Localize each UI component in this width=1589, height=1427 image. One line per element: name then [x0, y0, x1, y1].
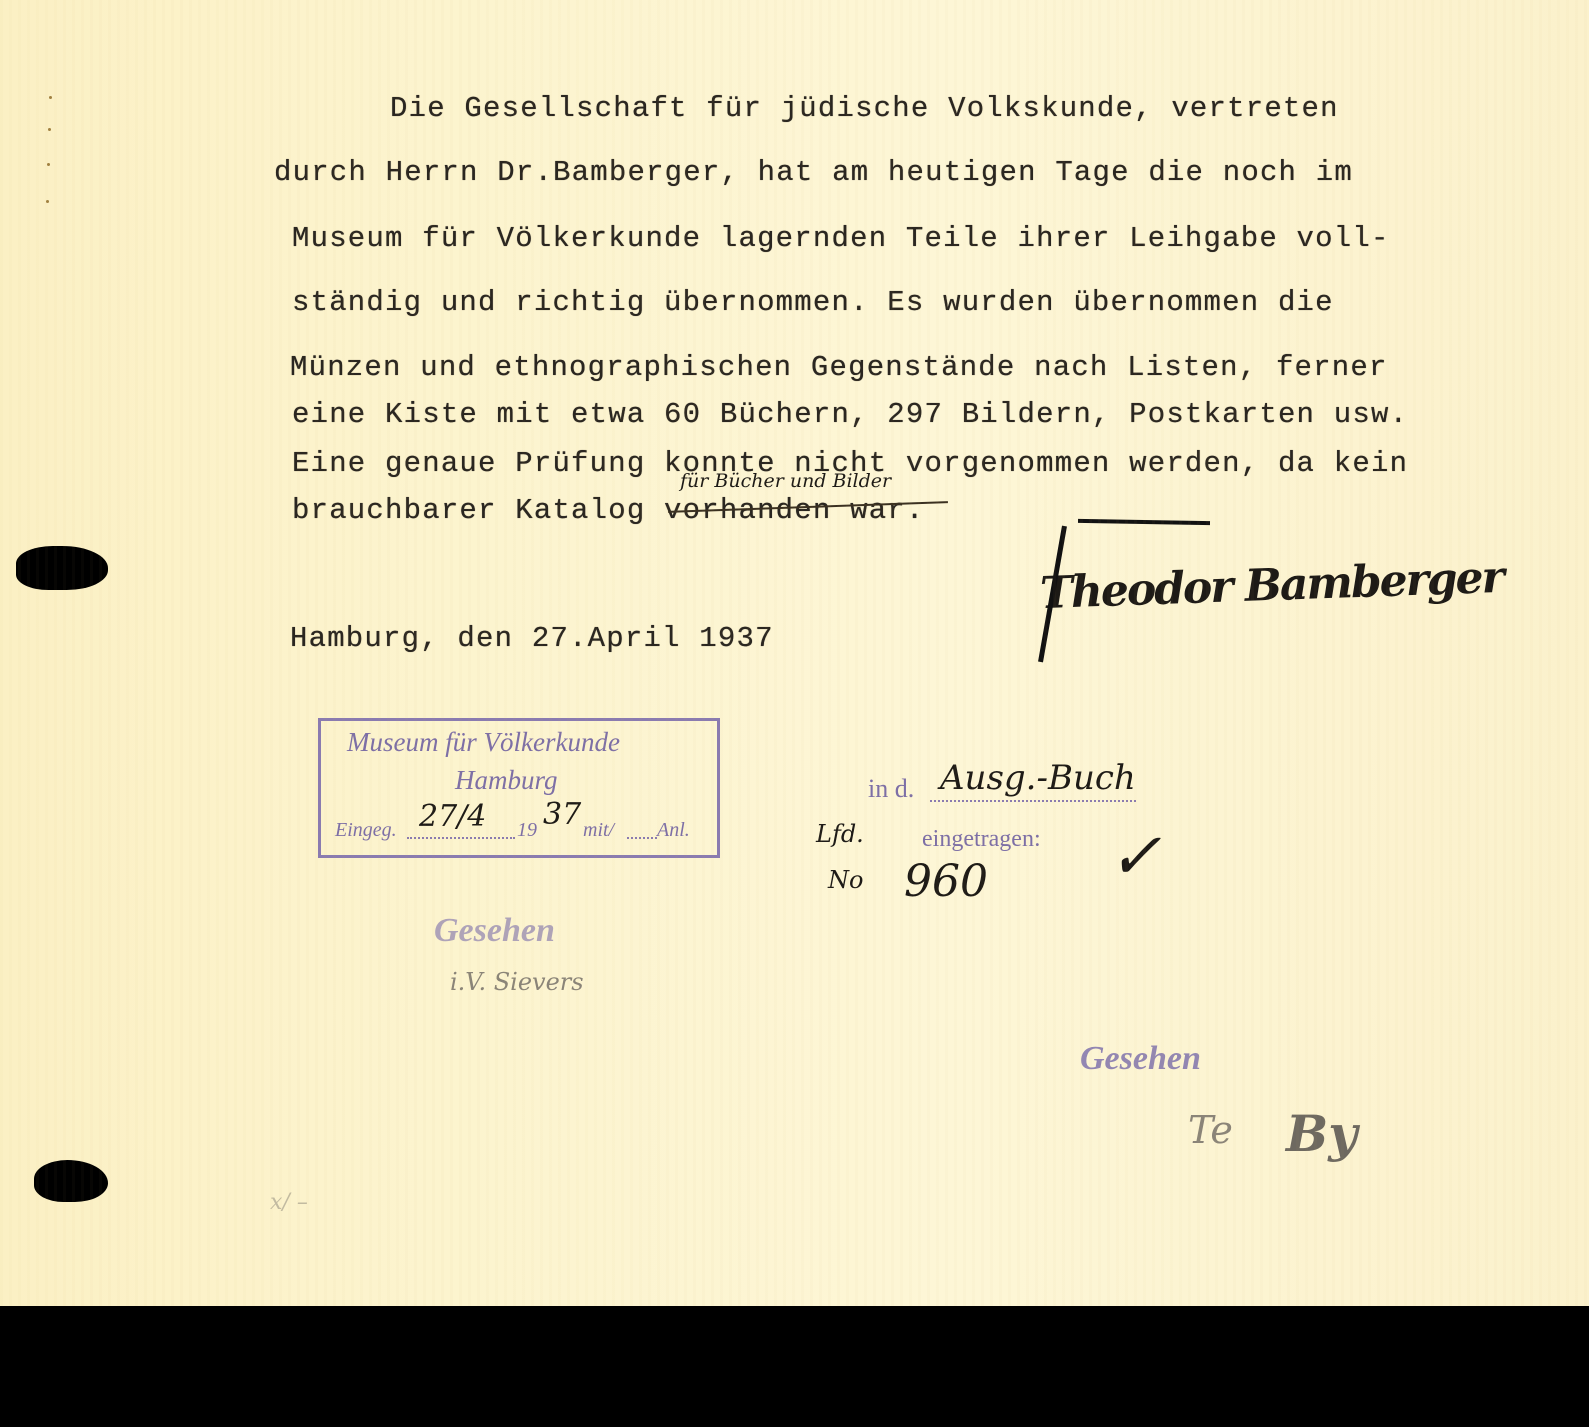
register-in-dots [930, 800, 1136, 802]
body-line-6: eine Kiste mit etwa 60 Büchern, 297 Bild… [292, 398, 1408, 431]
register-lfd-handwritten: Lfd. [816, 820, 864, 848]
register-in-label: in d. [868, 774, 914, 804]
gesehen-stamp-1: Gesehen [434, 912, 555, 950]
stamp-anl-label: Anl. [657, 819, 690, 842]
signature-flourish [1078, 519, 1210, 525]
margin-speck [48, 128, 51, 131]
gesehen-2-pencil-by: By [1286, 1104, 1357, 1163]
stamp-eingeg-label: Eingeg. [335, 819, 397, 842]
margin-speck [49, 96, 52, 99]
register-check-mark: ✓ [1108, 820, 1162, 894]
stamp-year-prefix: 19 [517, 819, 537, 842]
body-line-3: Museum für Völkerkunde lagernden Teile i… [292, 222, 1390, 255]
document-page: Die Gesellschaft für jüdische Volkskunde… [0, 0, 1589, 1306]
margin-speck [47, 163, 50, 166]
stamp-anl-dots [627, 837, 657, 839]
stamp-date-handwritten: 27/4 [419, 799, 486, 834]
place-date: Hamburg, den 27.April 1937 [290, 622, 774, 655]
signature: Theodor Bamberger [1039, 552, 1503, 619]
gesehen-1-pencil-initials: i.V. Sievers [450, 968, 584, 996]
stamp-mit-label: mit/ [583, 819, 614, 842]
punch-hole-upper [16, 546, 108, 590]
register-number-prefix: No [828, 866, 863, 894]
stamp-museum-name: Museum für Völkerkunde [347, 727, 620, 758]
stamp-city: Hamburg [455, 765, 558, 796]
body-line-1: Die Gesellschaft für jüdische Volkskunde… [390, 92, 1339, 125]
body-line-2: durch Herrn Dr.Bamberger, hat am heutige… [274, 156, 1353, 189]
margin-speck [46, 200, 49, 203]
stamp-date-dots [407, 837, 515, 839]
handwritten-insertion: für Bücher und Bilder [680, 470, 891, 492]
margin-pencil-mark: x/ – [270, 1190, 308, 1215]
register-eingetragen-label: eingetragen: [922, 826, 1041, 853]
gesehen-2-pencil-te: Te [1188, 1108, 1233, 1152]
body-line-8: brauchbarer Katalog vorhanden war. [292, 494, 925, 527]
register-number: 960 [904, 856, 988, 907]
stamp-year-handwritten: 37 [543, 797, 581, 832]
receipt-stamp: Museum für Völkerkunde Hamburg Eingeg. 2… [318, 718, 720, 858]
body-line-5: Münzen und ethnographischen Gegenstände … [290, 351, 1388, 384]
gesehen-stamp-2: Gesehen [1080, 1040, 1201, 1078]
punch-hole-lower [34, 1160, 108, 1202]
register-in-handwritten: Ausg.-Buch [940, 758, 1136, 798]
body-line-4: ständig und richtig übernommen. Es wurde… [292, 286, 1334, 319]
